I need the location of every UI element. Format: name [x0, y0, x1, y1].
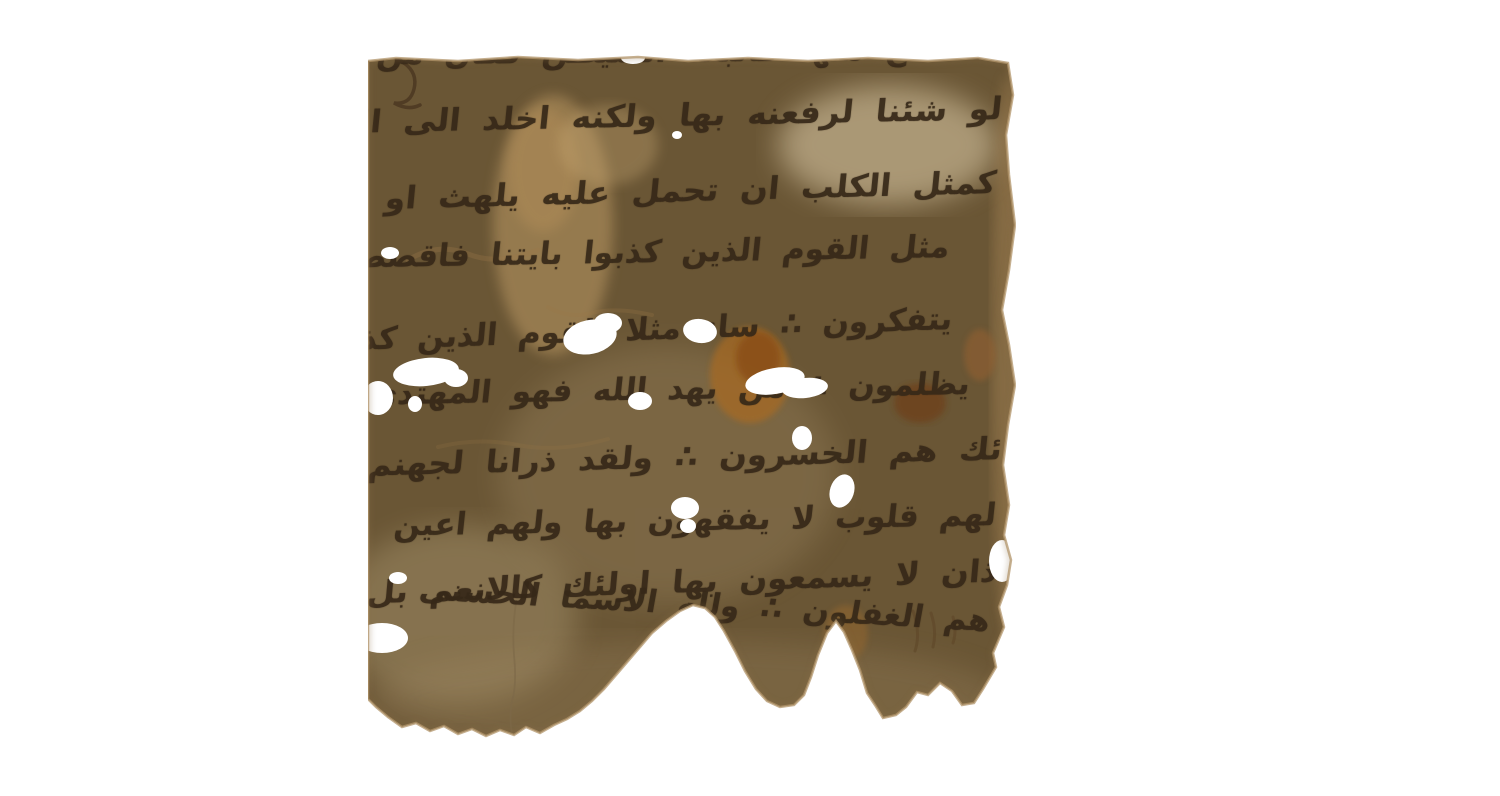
loss-hole [792, 426, 812, 450]
manuscript-fragment: فانسلخ منها فاتبعه الشيطن فكان من الغاوي… [368, 55, 1016, 755]
outer-mask [368, 55, 1016, 755]
loss-hole [368, 623, 408, 653]
loss-hole [594, 313, 622, 333]
loss-hole [672, 131, 682, 139]
loss-hole [408, 396, 422, 412]
loss-holes-group [368, 55, 1015, 653]
loss-hole [381, 247, 399, 259]
loss-hole [680, 519, 696, 533]
photo-canvas: فانسلخ منها فاتبعه الشيطن فكان من الغاوي… [0, 0, 1500, 796]
loss-hole [389, 572, 407, 584]
loss-hole [671, 497, 699, 519]
loss-hole [444, 369, 468, 387]
damage-overlay [368, 55, 1016, 755]
loss-hole [628, 392, 652, 410]
loss-hole [368, 381, 393, 415]
loss-hole [681, 317, 718, 345]
loss-hole [825, 471, 858, 511]
